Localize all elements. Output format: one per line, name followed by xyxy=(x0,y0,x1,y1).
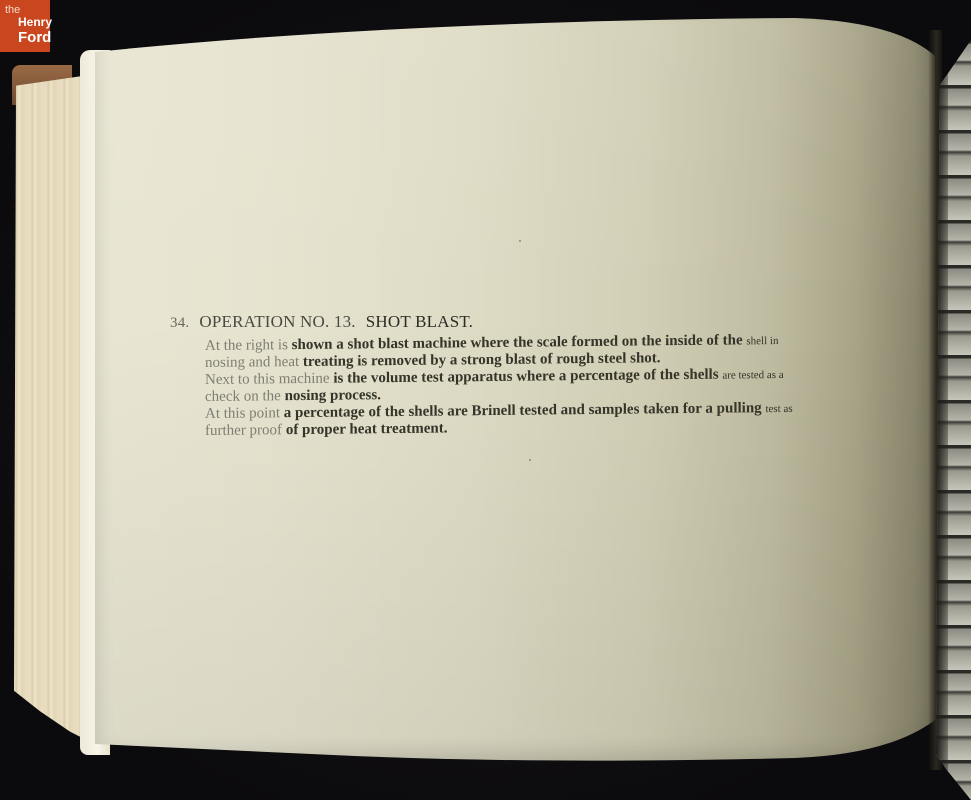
henry-ford-logo: the Henry Ford xyxy=(0,0,50,52)
book-photo: the Henry Ford 34.OPERATION NO. 13.SHOT … xyxy=(0,0,971,800)
caption-body: At the right is shown a shot blast machi… xyxy=(205,330,930,440)
caption-heading: 34.OPERATION NO. 13.SHOT BLAST. xyxy=(170,312,930,332)
operation-label: OPERATION NO. 13. xyxy=(199,312,355,331)
caption-number: 34. xyxy=(170,315,189,331)
paper-speck xyxy=(519,240,521,242)
caption-block: 34.OPERATION NO. 13.SHOT BLAST. At the r… xyxy=(170,312,930,440)
facing-page-photo-edge xyxy=(936,40,971,800)
operation-title: SHOT BLAST. xyxy=(366,312,473,331)
logo-henry: Henry xyxy=(18,16,52,28)
logo-ford: Ford xyxy=(18,30,51,45)
paper-speck xyxy=(529,459,531,461)
